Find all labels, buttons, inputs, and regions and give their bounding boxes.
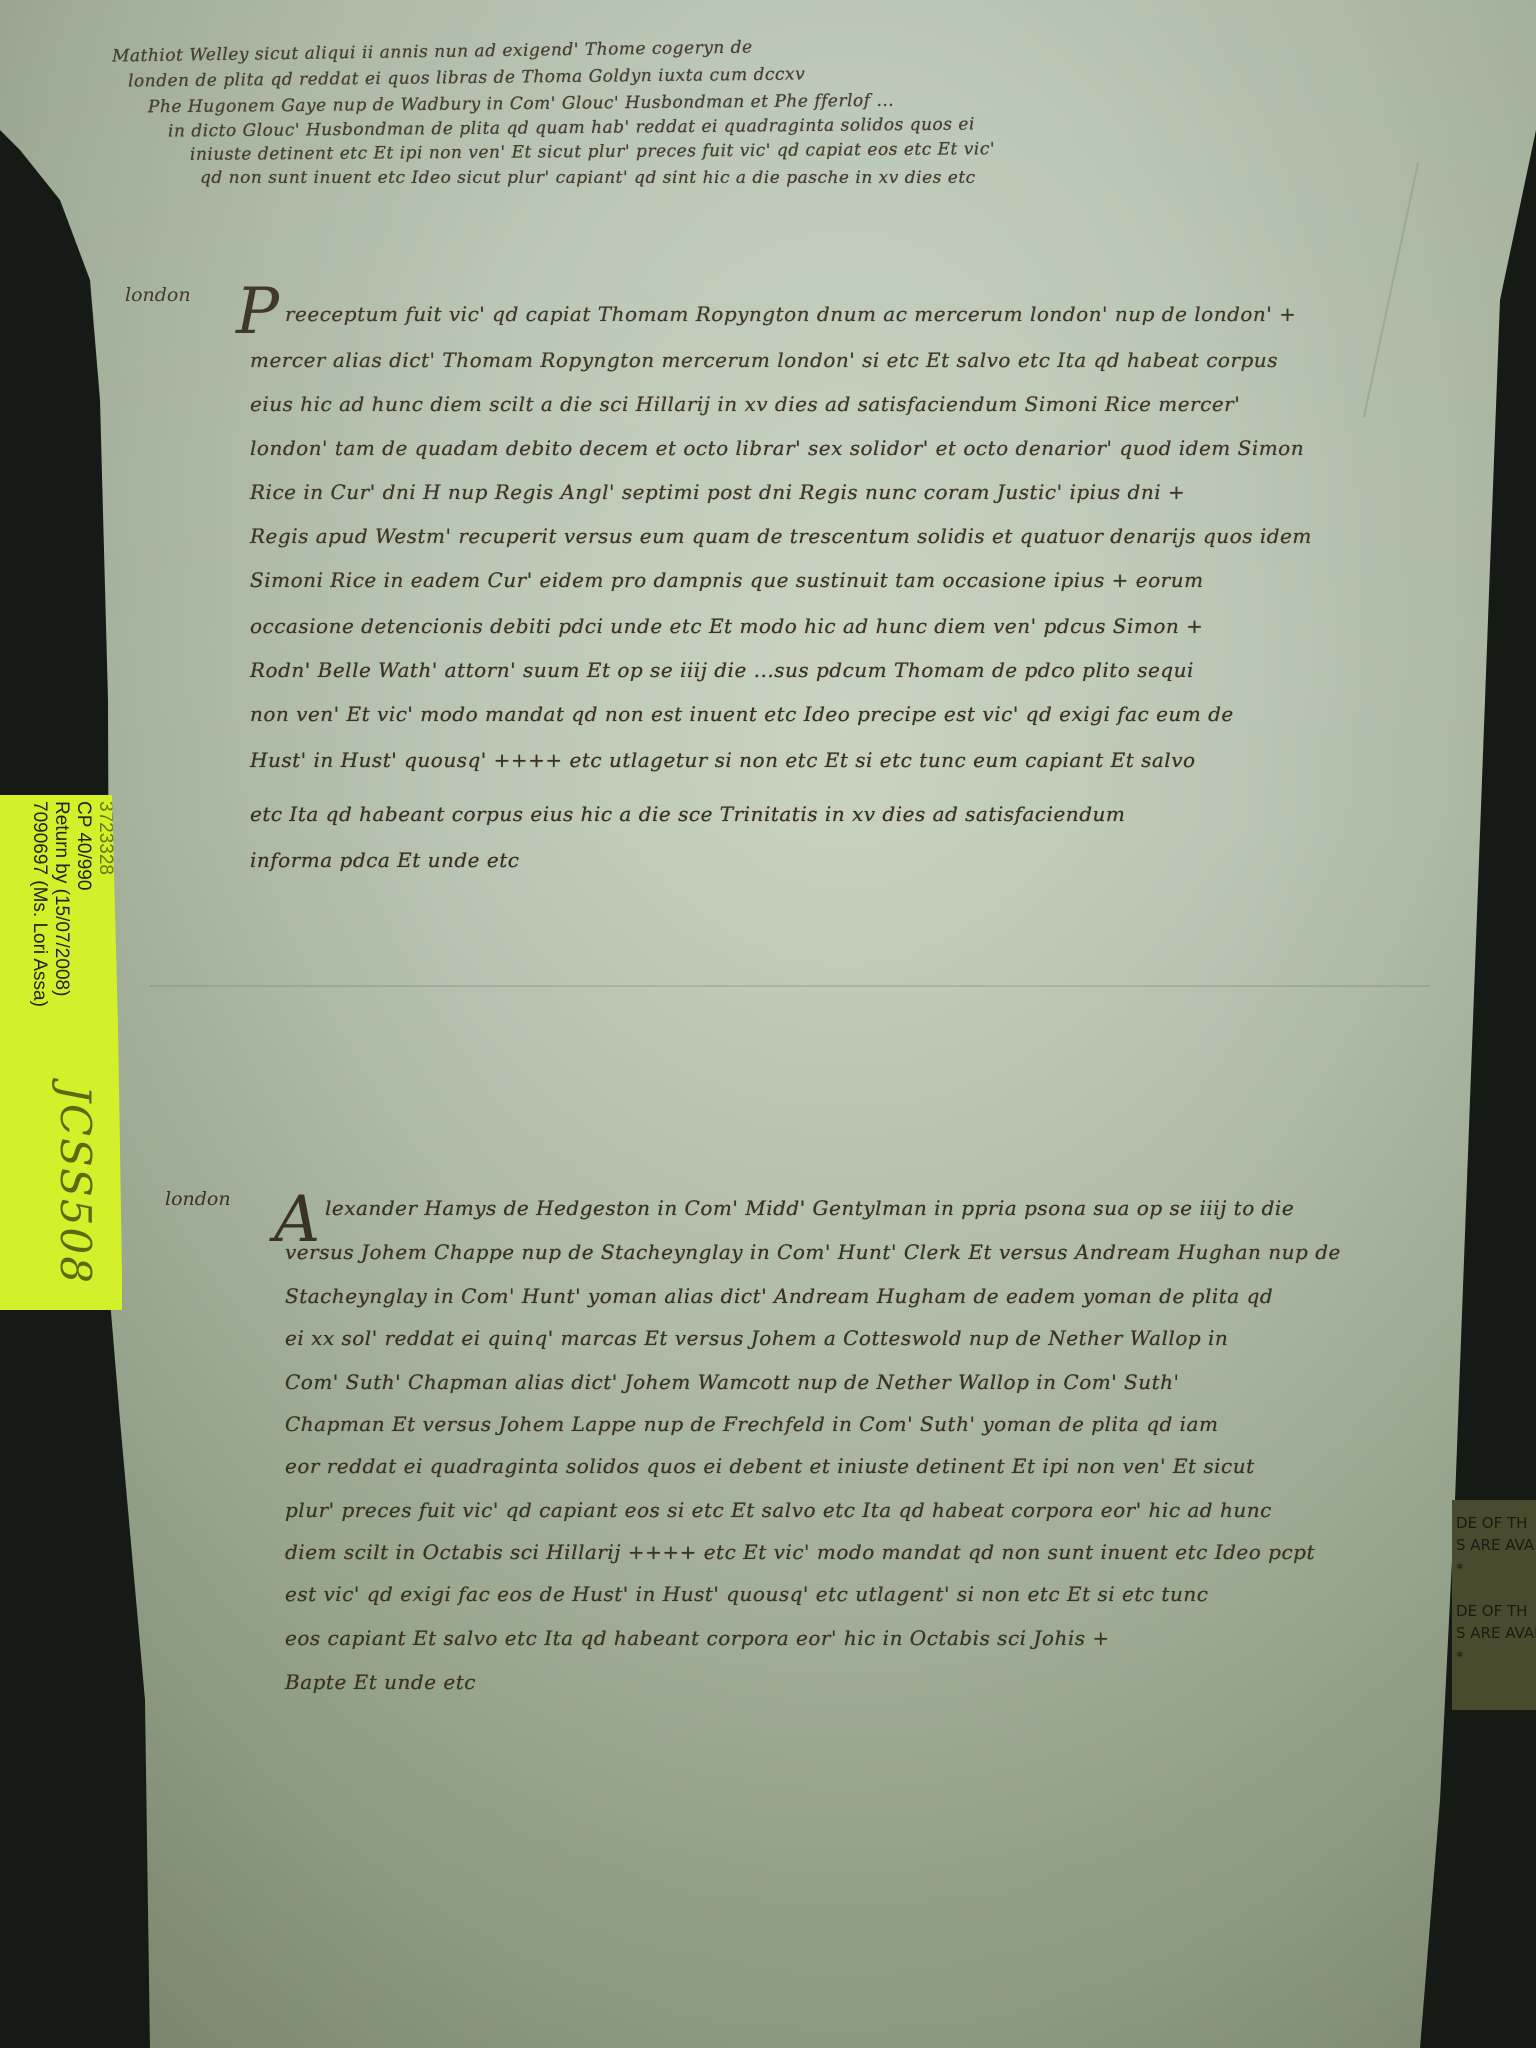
text-line: lexander Hamys de Hedgeston in Com' Midd… [325,1196,1294,1220]
text-line: non ven' Et vic' modo mandat qd non est … [250,702,1234,726]
fold-crease [1363,163,1419,418]
text-line: Regis apud Westm' recuperit versus eum q… [250,524,1312,548]
text-line: informa pdca Et unde etc [250,848,519,872]
text-line: reeceptum fuit vic' qd capiat Thomam Rop… [285,302,1296,326]
text-line: mercer alias dict' Thomam Ropyngton merc… [250,348,1278,372]
text-line: in dicto Glouc' Husbondman de plita qd q… [168,114,975,141]
text-line: Bapte Et unde etc [285,1670,476,1694]
text-line: Hust' in Hust' quousq' ++++ etc utlagetu… [250,748,1196,772]
text-line: Com' Suth' Chapman alias dict' Johem Wam… [285,1370,1180,1394]
placard-line: S ARE AVA [1456,1536,1534,1554]
archive-request-slip: 3723328 CP 40/990 Return by (15/07/2008)… [0,795,122,1310]
placard-line: * [1456,1648,1464,1666]
text-line: Mathiot Welley sicut aliqui ii annis nun… [112,38,753,67]
background-placard: DE OF TH S ARE AVA * DE OF TH S ARE AVAI… [1452,1500,1536,1710]
text-line: Rice in Cur' dni H nup Regis Angl' septi… [250,480,1185,504]
parchment-membrane: Mathiot Welley sicut aliqui ii annis nun… [0,0,1536,2048]
text-line: etc Ita qd habeant corpus eius hic a die… [250,802,1125,826]
slip-handwritten-note: JCSS508 [51,1085,100,1285]
text-line: plur' preces fuit vic' qd capiant eos si… [285,1498,1272,1522]
placard-line: DE OF TH [1456,1602,1527,1620]
text-line: Rodn' Belle Wath' attorn' suum Et op se … [250,658,1194,682]
text-line: Phe Hugonem Gaye nup de Wadbury in Com' … [148,91,894,118]
text-line: eos capiant Et salvo etc Ita qd habeant … [285,1626,1110,1650]
text-line: diem scilt in Octabis sci Hillarij ++++ … [285,1540,1315,1564]
text-line: eor reddat ei quadraginta solidos quos e… [285,1454,1255,1478]
placard-line: DE OF TH [1456,1514,1527,1532]
margin-label: london [165,1188,231,1210]
fold-crease-horizontal [150,985,1430,987]
text-line: Simoni Rice in eadem Cur' eidem pro damp… [250,568,1204,592]
slip-reader-ticket: 7090697 (Ms. Lori Assa) [28,801,50,1304]
text-line: occasione detencionis debiti pdci unde e… [250,614,1203,638]
text-line: iniuste detinent etc Et ipi non ven' Et … [190,139,995,165]
text-line: Chapman Et versus Johem Lappe nup de Fre… [285,1412,1218,1436]
text-line: qd non sunt inuent etc Ideo sicut plur' … [200,168,976,188]
placard-line: S ARE AVAI [1456,1624,1536,1642]
decorated-initial: P [236,280,279,344]
decorated-initial: A [274,1188,320,1252]
photograph-scene: Mathiot Welley sicut aliqui ii annis nun… [0,0,1536,2048]
margin-label: london [125,284,191,306]
text-line: versus Johem Chappe nup de Stacheynglay … [285,1240,1341,1264]
text-line: londen de plita qd reddat ei quos libras… [128,64,805,91]
text-line: est vic' qd exigi fac eos de Hust' in Hu… [285,1582,1208,1606]
text-line: ei xx sol' reddat ei quinq' marcas Et ve… [285,1326,1228,1350]
text-line: eius hic ad hunc diem scilt a die sci Hi… [250,392,1240,416]
placard-line: * [1456,1560,1464,1578]
text-line: Stacheynglay in Com' Hunt' yoman alias d… [285,1284,1273,1308]
text-line: london' tam de quadam debito decem et oc… [250,436,1304,460]
